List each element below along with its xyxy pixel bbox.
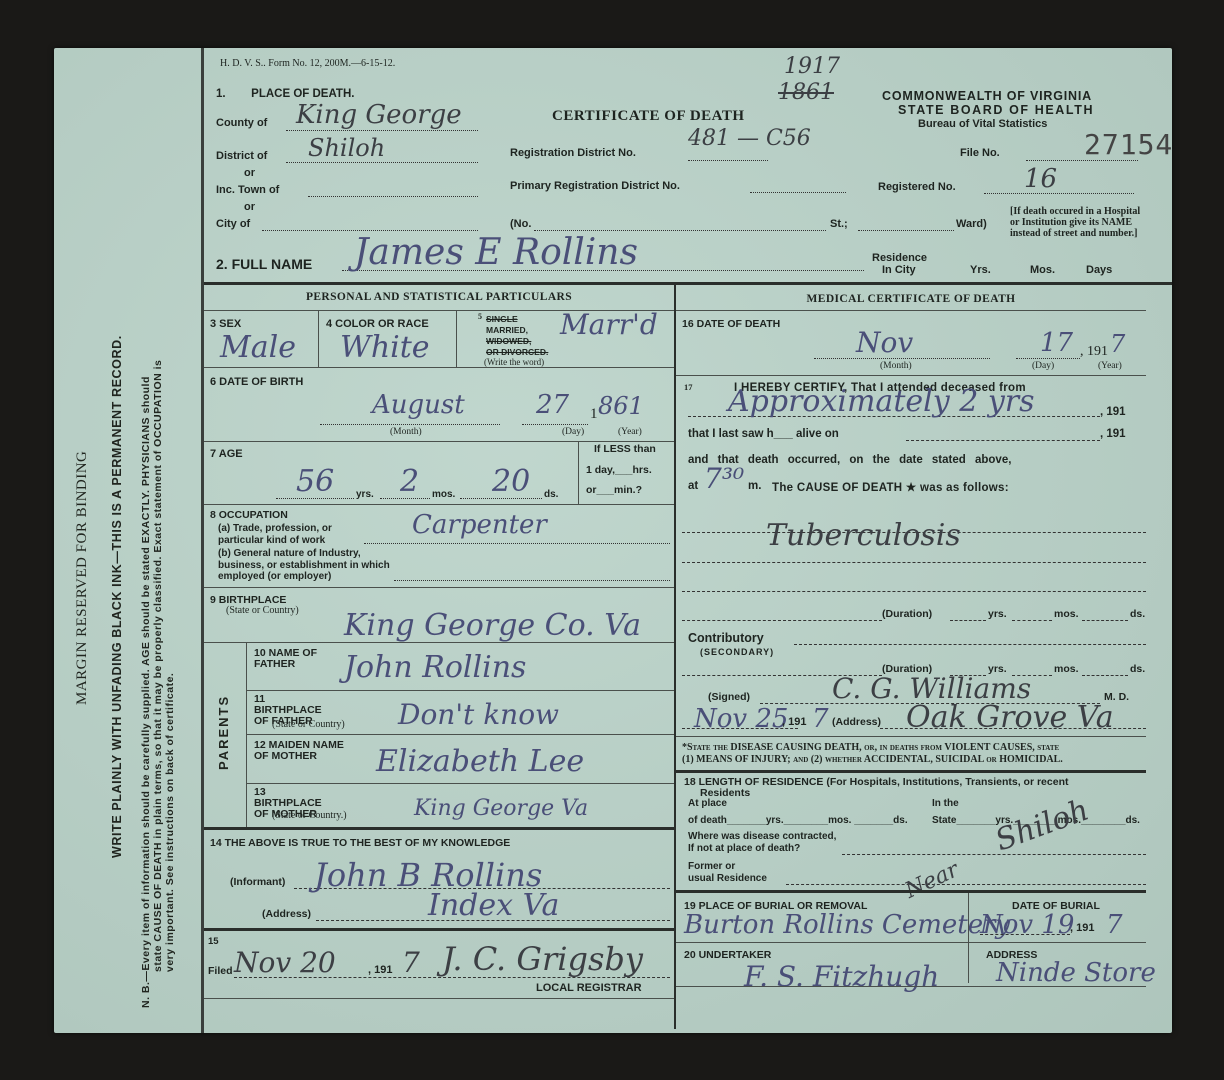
form-number: H. D. V. S.. Form No. 12, 200M.—6-15-12. <box>220 58 395 69</box>
dod-label: 16 DATE OF DEATH <box>682 318 780 330</box>
race-label: 4 COLOR OR RACE <box>326 318 429 330</box>
dob-month[interactable]: August <box>372 390 465 420</box>
filed-date[interactable]: Nov 20 <box>234 946 336 979</box>
district-value[interactable]: Shiloh <box>308 134 385 162</box>
race-value[interactable]: White <box>340 330 430 365</box>
registrar-label: LOCAL REGISTRAR <box>536 982 642 994</box>
father-label: 10 NAME OF FATHER <box>254 648 334 670</box>
file-no-label: File No. <box>960 147 1000 159</box>
margin-note-year-1861: 1861 <box>778 80 834 105</box>
place-of-death-label: 1. PLACE OF DEATH. <box>216 88 354 100</box>
county-label: County of <box>216 117 267 129</box>
full-name-label: 2. FULL NAME <box>216 256 312 272</box>
dob-label: 6 DATE OF BIRTH <box>210 376 303 388</box>
city-field[interactable] <box>262 230 478 231</box>
occupation-label: 8 OCCUPATION <box>210 509 288 521</box>
authority-board: STATE BOARD OF HEALTH <box>898 103 1094 117</box>
signed-date[interactable]: Nov 25 <box>694 704 788 734</box>
age-days[interactable]: 20 <box>492 464 530 499</box>
reg-district-value[interactable]: 481 — C56 <box>688 126 811 151</box>
cause-of-death-label: The CAUSE OF DEATH ★ was as follows: <box>772 480 1009 494</box>
occupation-value[interactable]: Carpenter <box>412 510 547 540</box>
margin-note-year-1917: 1917 <box>784 54 840 79</box>
age-months[interactable]: 2 <box>400 464 419 499</box>
burial-year[interactable]: 7 <box>1106 910 1123 940</box>
certificate-form: H. D. V. S.. Form No. 12, 200M.—6-15-12.… <box>204 48 1172 1033</box>
contributory-field[interactable] <box>794 644 1146 645</box>
death-time[interactable]: 7³⁰ <box>704 462 744 495</box>
father-value[interactable]: John Rollins <box>344 650 526 685</box>
medical-heading: MEDICAL CERTIFICATE OF DEATH <box>676 293 1146 305</box>
binding-margin-note: MARGIN RESERVED FOR BINDING <box>74 451 91 705</box>
informant-address-value[interactable]: Index Va <box>428 888 559 923</box>
dob-day[interactable]: 27 <box>536 390 569 420</box>
authority-commonwealth: COMMONWEALTH OF VIRGINIA <box>882 89 1092 103</box>
certificate-title: CERTIFICATE OF DEATH <box>552 108 745 125</box>
city-label: City of <box>216 218 250 230</box>
sex-value[interactable]: Male <box>220 330 296 365</box>
town-field[interactable] <box>308 196 478 197</box>
street-field[interactable] <box>534 230 826 231</box>
parents-label: PARENTS <box>216 695 231 770</box>
attended-period[interactable]: Approximately 2 yrs <box>728 384 1035 419</box>
ward-field[interactable] <box>858 230 954 231</box>
last-seen-field[interactable] <box>906 440 1100 441</box>
primary-reg-field[interactable] <box>750 192 846 193</box>
district-label: District of <box>216 150 267 162</box>
undertaker-value[interactable]: F. S. Fitzhugh <box>744 960 939 993</box>
mother-value[interactable]: Elizabeth Lee <box>376 744 584 779</box>
cause-footnote-1: *State the DISEASE CAUSING DEATH, or, in… <box>682 742 1059 754</box>
registered-no-value[interactable]: 16 <box>1024 164 1057 194</box>
father-birthplace-value[interactable]: Don't know <box>398 698 559 731</box>
county-value[interactable]: King George <box>296 100 462 130</box>
mother-label: 12 MAIDEN NAME OF MOTHER <box>254 740 354 762</box>
contributory-label: Contributory <box>688 631 764 645</box>
dod-month[interactable]: Nov <box>856 326 913 359</box>
primary-reg-label: Primary Registration District No. <box>510 180 680 192</box>
dod-year[interactable]: 7 <box>1110 330 1125 358</box>
file-no-value[interactable]: 27154 <box>1084 128 1173 161</box>
ink-instruction: WRITE PLAINLY WITH UNFADING BLACK INK—TH… <box>110 335 124 858</box>
former-residence-value[interactable]: Near <box>901 857 962 903</box>
personal-heading: PERSONAL AND STATISTICAL PARTICULARS <box>204 291 674 303</box>
cause-of-death-value[interactable]: Tuberculosis <box>766 518 961 553</box>
cause-footnote-2: (1) MEANS OF INJURY; and (2) whether ACC… <box>682 754 1063 766</box>
undertaker-address-value[interactable]: Ninde Store <box>996 958 1156 988</box>
filed-label: Filed <box>208 965 233 977</box>
nb-instructions: N. B.—Every item of information should b… <box>140 360 176 1008</box>
registered-no-label: Registered No. <box>878 181 956 193</box>
full-name-value[interactable]: James E Rollins <box>354 232 638 273</box>
marital-value[interactable]: Marr'd <box>560 308 658 341</box>
dod-day[interactable]: 17 <box>1040 328 1073 358</box>
contracted-value[interactable]: Shiloh <box>991 793 1094 859</box>
sex-label: 3 SEX <box>210 318 241 330</box>
mother-birthplace-value[interactable]: King George Va <box>414 796 588 821</box>
signed-year[interactable]: 7 <box>812 704 829 734</box>
authority-bureau: Bureau of Vital Statistics <box>918 118 1047 130</box>
age-label: 7 AGE <box>210 448 243 460</box>
informant-heading: 14 THE ABOVE IS TRUE TO THE BEST OF MY K… <box>210 837 510 849</box>
dob-year[interactable]: 861 <box>598 392 644 420</box>
burial-place-value[interactable]: Burton Rollins Cemetery <box>684 910 1010 940</box>
birthplace-value[interactable]: King George Co. Va <box>344 608 641 643</box>
burial-date-value[interactable]: Nov 19 <box>980 910 1074 940</box>
filed-year[interactable]: 7 <box>402 946 420 979</box>
hospital-note: [If death occured in a Hospital or Insti… <box>1010 206 1150 239</box>
town-label: Inc. Town of <box>216 184 279 196</box>
age-years[interactable]: 56 <box>296 464 334 499</box>
registrar-signature[interactable]: J. C. Grigsby <box>442 940 643 978</box>
reg-district-label: Registration District No. <box>510 147 636 159</box>
physician-address[interactable]: Oak Grove Va <box>906 700 1114 735</box>
